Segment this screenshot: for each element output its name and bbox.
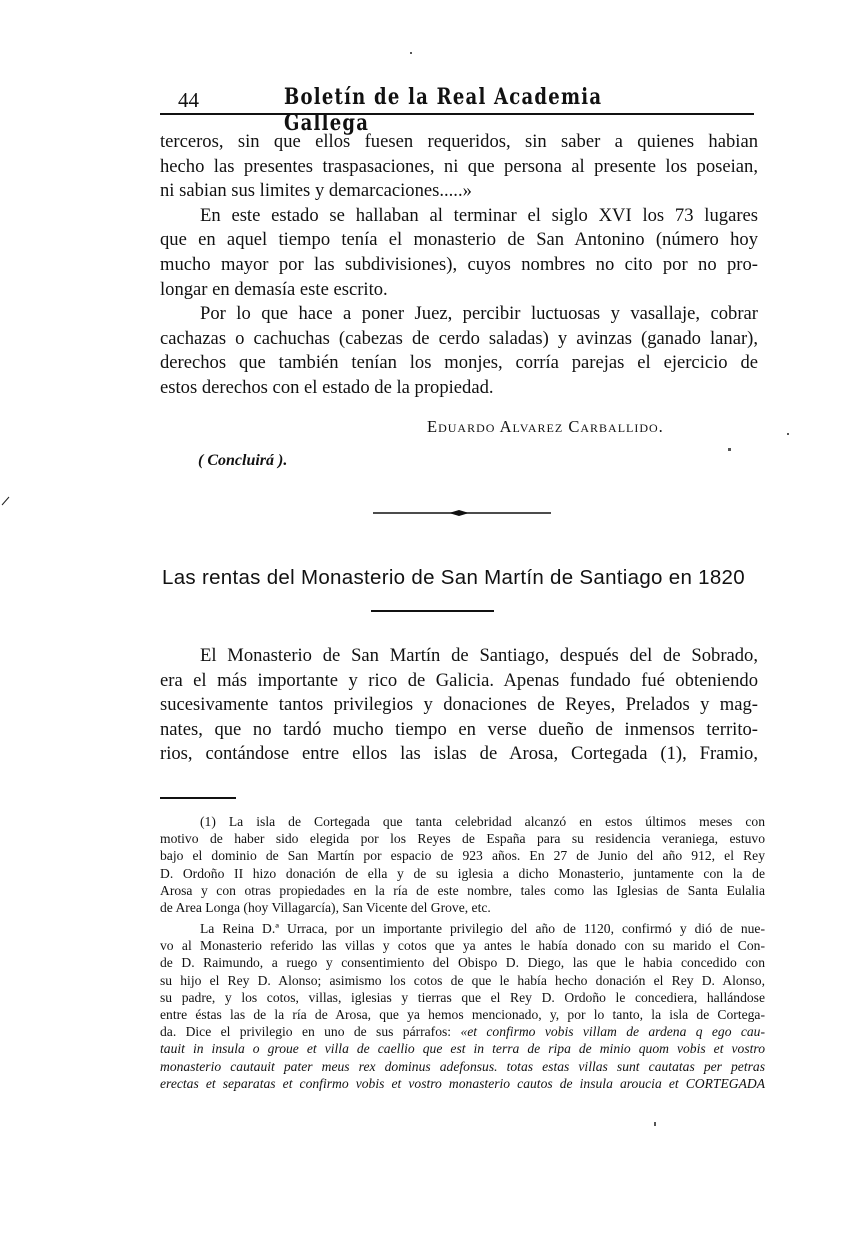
article-title: Las rentas del Monasterio de San Martín … — [162, 566, 745, 590]
text-line: era el más importante y rico de Galicia.… — [160, 669, 758, 694]
title-rule — [371, 610, 494, 612]
scan-edge-mark — [0, 496, 10, 508]
footnote-line: (1) La isla de Cortegada que tanta celeb… — [160, 813, 765, 830]
text-line: sucesivamente tantos privilegios y donac… — [160, 693, 758, 718]
latin-quote: «et confirmo vobis villam de ardena q eg… — [460, 1024, 765, 1039]
latin-quote-line: erectas et separatas et confirmo vobis e… — [160, 1075, 765, 1092]
footnote-rule — [160, 797, 236, 799]
footnote-line: bajo el dominio de San Martín por espaci… — [160, 847, 765, 864]
article1-text: terceros, sin que ellos fuesen requerido… — [160, 130, 758, 401]
text-line: cachazas o cachuchas (cabezas de cerdo s… — [160, 327, 758, 352]
running-title: Boletín de la Real Academia Gallega — [284, 84, 669, 136]
footnote-line: vo al Monasterio referido las villas y c… — [160, 937, 765, 954]
text-line: En este estado se hallaban al terminar e… — [160, 204, 758, 229]
divider-ornament-icon — [373, 510, 551, 516]
scan-speck — [728, 448, 731, 451]
running-header: 44 Boletín de la Real Academia Gallega — [160, 84, 754, 114]
text-line: derechos que también tenían los monjes, … — [160, 351, 758, 376]
footnote-1-continued: La Reina D.ª Urraca, por un importante p… — [160, 920, 765, 1092]
article2-text: El Monasterio de San Martín de Santiago,… — [160, 644, 758, 767]
text-line: hecho las presentes traspasaciones, ni q… — [160, 155, 758, 180]
text-line: terceros, sin que ellos fuesen requerido… — [160, 130, 758, 155]
footnote-text: da. Dice el privilegio en uno de sus pár… — [160, 1024, 460, 1039]
footnote-line: motivo de haber sido elegida por los Rey… — [160, 830, 765, 847]
text-line: El Monasterio de San Martín de Santiago,… — [160, 644, 758, 669]
continuation-note: ( Concluirá ). — [198, 452, 287, 470]
scan-speck — [654, 1122, 656, 1126]
text-line: Por lo que hace a poner Juez, percibir l… — [160, 302, 758, 327]
footnote-line: entre éstas las de la ría de Arosa, que … — [160, 1006, 765, 1023]
text-line: longar en demasía este escrito. — [160, 278, 758, 303]
scanned-page: 44 Boletín de la Real Academia Gallega t… — [0, 0, 850, 1256]
latin-quote-line: monasterio cautauit pater meus rex domin… — [160, 1058, 765, 1075]
text-line: ni sabian sus limites y demarcaciones...… — [160, 179, 758, 204]
text-line: rios, contándose entre ellos las islas d… — [160, 742, 758, 767]
header-rule — [160, 113, 754, 115]
text-line: mucho mayor por las subdivisiones), cuyo… — [160, 253, 758, 278]
footnote-line: su padre, y los cotos, villas, iglesias … — [160, 989, 765, 1006]
page-number: 44 — [178, 88, 199, 113]
author-signature: Eduardo Alvarez Carballido. — [427, 417, 664, 437]
scan-speck — [787, 433, 789, 435]
footnote-line: Arosa y con otras propiedades en la ría … — [160, 882, 765, 899]
footnote-line: La Reina D.ª Urraca, por un importante p… — [160, 920, 765, 937]
latin-quote-line: tauit in insula o groue et villa de cael… — [160, 1040, 765, 1057]
text-line: nates, que no tardó mucho tiempo en vers… — [160, 718, 758, 743]
footnote-line: da. Dice el privilegio en uno de sus pár… — [160, 1023, 765, 1040]
footnote-1: (1) La isla de Cortegada que tanta celeb… — [160, 813, 765, 916]
footnote-line: de D. Raimundo, a ruego y consentimiento… — [160, 954, 765, 971]
text-line: que en aquel tiempo tenía el monasterio … — [160, 228, 758, 253]
footnote-line: su hijo el Rey D. Alonso; asimismo los c… — [160, 972, 765, 989]
footnote-line: de Area Longa (hoy Villagarcía), San Vic… — [160, 899, 765, 916]
text-line: estos derechos con el estado de la propi… — [160, 376, 758, 401]
footnote-line: D. Ordoño II hizo donación de ella y de … — [160, 865, 765, 882]
scan-speck — [410, 52, 412, 54]
